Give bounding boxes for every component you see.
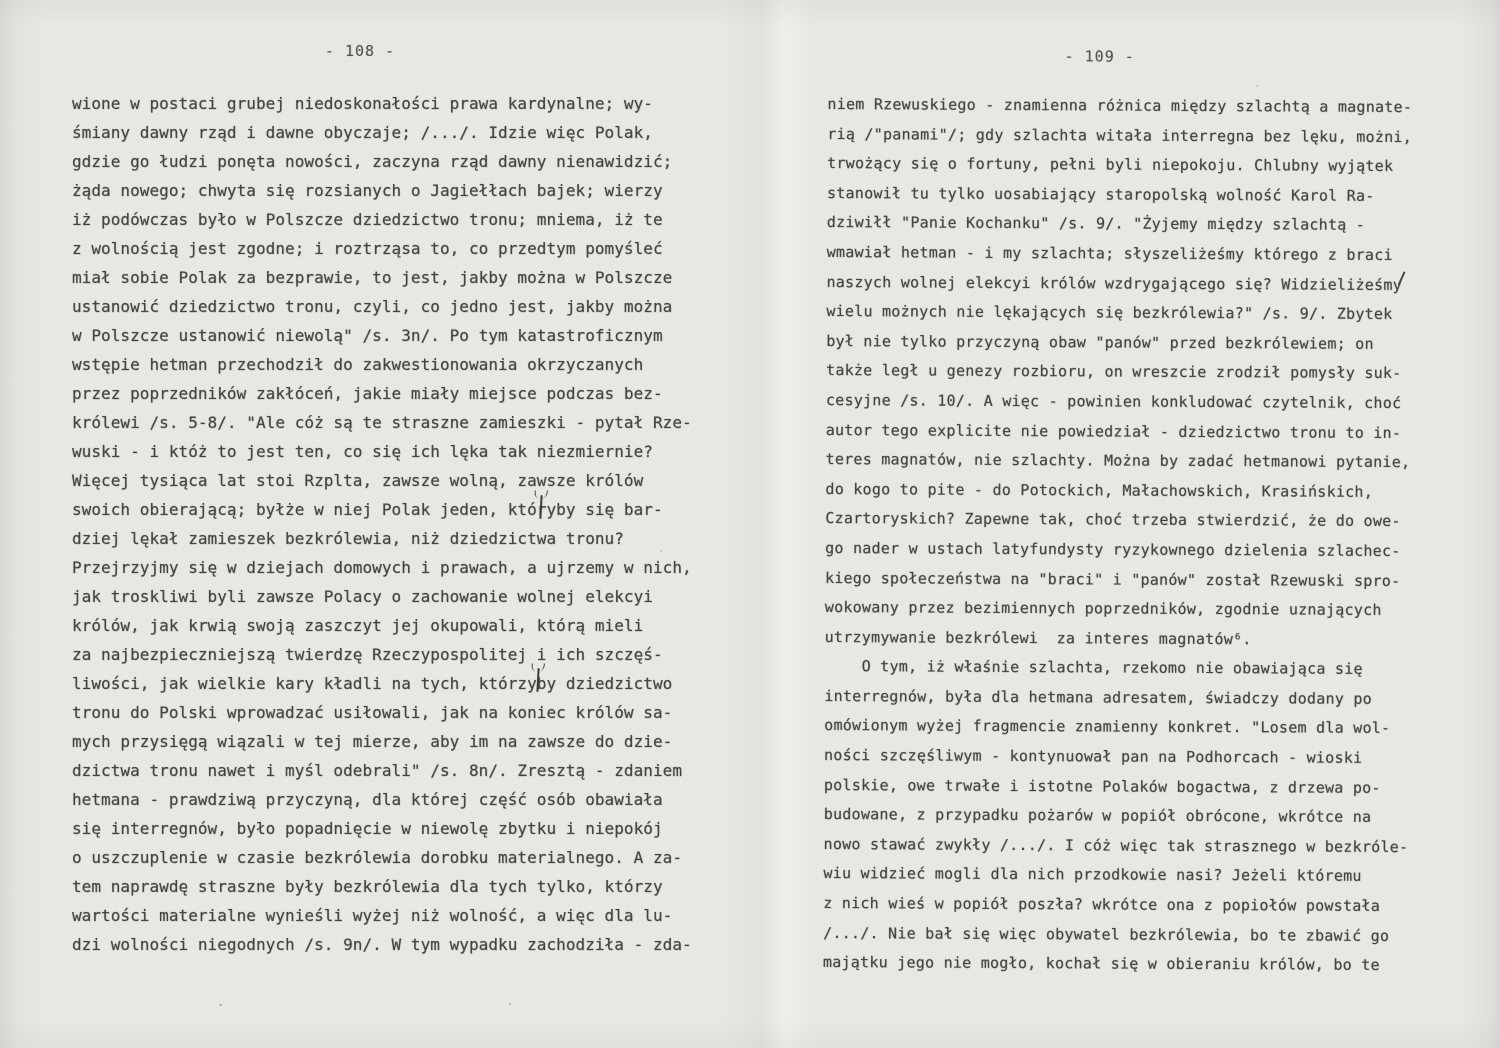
- text-line: omówionym wyżej fragmencie znamienny kon…: [824, 711, 1424, 744]
- text-line: polskie, owe trwałe i istotne Polaków bo…: [824, 771, 1424, 804]
- text-line: z nich wieś w popiół poszła? wkrótce ona…: [823, 889, 1423, 922]
- text-line: śmiany dawny rząd i dawne obyczaje; /...…: [72, 118, 692, 147]
- page-number-left: - 108 -: [50, 42, 670, 60]
- scanned-book-spread: { "colors": { "paper": "#e8e7e4", "ink":…: [0, 0, 1500, 1048]
- text-line: się interregnów, było popadnięcie w niew…: [72, 814, 692, 843]
- text-line: był nie tylko przyczyną obaw "panów" prz…: [826, 327, 1426, 360]
- text-line: kiego społeczeństwa na "braci" i "panów"…: [825, 563, 1425, 596]
- text-line: majątku jego nie mogło, kochał się w obi…: [823, 948, 1423, 981]
- text-line: trwożący się o fortuny, pełni byli niepo…: [827, 149, 1427, 182]
- text-line: cesyjne /s. 10/. A więc - powinien konkl…: [826, 386, 1426, 419]
- text-line: jak troskliwi byli zawsze Polacy o zacho…: [72, 582, 692, 611]
- text-line: królewi /s. 5-8/. "Ale cóż są te straszn…: [72, 408, 692, 437]
- dust-speck: [509, 1003, 511, 1005]
- text-line: budowane, z przypadku pożarów w popiół o…: [824, 800, 1424, 833]
- text-line: swoich obierającą; byłże w niej Polak je…: [72, 495, 692, 524]
- page-109: - 109 - niem Rzewuskiego - znamienna róż…: [823, 0, 1428, 981]
- text-line: także legł u genezy rozbioru, on wreszci…: [826, 356, 1426, 389]
- text-line: nowo stawać zwykły /.../. I cóż więc tak…: [824, 830, 1424, 863]
- page-108: - 108 - wione w postaci grubej niedoskon…: [72, 0, 692, 959]
- text-line: /.../. Nie bał się więc obywatel bezkról…: [823, 919, 1423, 952]
- text-line: interregnów, była dla hetmana adresatem,…: [824, 682, 1424, 715]
- text-line: ności szczęśliwym - kontynuował pan na P…: [824, 741, 1424, 774]
- text-line: tronu do Polski wprowadzać usiłowali, ja…: [72, 698, 692, 727]
- text-line: żąda nowego; chwyta się rozsianych o Jag…: [72, 176, 692, 205]
- text-line: dzi wolności niegodnych /s. 9n/. W tym w…: [72, 930, 692, 959]
- text-line: wuski - i któż to jest ten, co się ich l…: [72, 437, 692, 466]
- text-line: naszych wolnej elekcyi królów wzdrygając…: [826, 268, 1426, 301]
- text-line: liwości, jak wielkie kary kładli na tych…: [72, 669, 692, 698]
- text-line: go nader w ustach latyfundysty ryzykowne…: [825, 534, 1425, 567]
- text-line: wokowany przez bezimiennych poprzedników…: [825, 593, 1425, 626]
- page-109-text-block: niem Rzewuskiego - znamienna różnica mię…: [823, 90, 1428, 981]
- text-line: wmawiał hetman - i my szlachta; słyszeli…: [827, 238, 1427, 271]
- page-108-text-block: wione w postaci grubej niedoskonałości p…: [72, 89, 692, 959]
- text-line: w Polszcze ustanowić niewolą" /s. 3n/. P…: [72, 321, 692, 350]
- text-line: za najbezpieczniejszą twierdzę Rzeczypos…: [72, 640, 692, 669]
- text-line: dzictwa tronu nawet i myśl odebrali" /s.…: [72, 756, 692, 785]
- text-line: mych przysięgą wiązali w tej mierze, aby…: [72, 727, 692, 756]
- text-line: do kogo to pite - do Potockich, Małachow…: [825, 475, 1425, 508]
- text-line: dziej lękał zamieszek bezkrólewia, niż d…: [72, 524, 692, 553]
- text-line: wione w postaci grubej niedoskonałości p…: [72, 89, 692, 118]
- text-line: teres magnatów, nie szlachty. Można by z…: [826, 445, 1426, 478]
- text-line: utrzymywanie bezkrólewi za interes magna…: [825, 623, 1425, 656]
- text-line: ustanowić dziedzictwo tronu, czyli, co j…: [72, 292, 692, 321]
- text-line: Czartoryskich? Zapewne tak, choć trzeba …: [825, 504, 1425, 537]
- page-number-right: - 109 -: [800, 46, 1400, 67]
- text-line: tem naprawdę straszne były bezkrólewia d…: [72, 872, 692, 901]
- text-line: wiu widzieć mogli dla nich przodkowie na…: [823, 859, 1423, 892]
- text-line: gdzie go łudzi ponęta nowości, zaczyna r…: [72, 147, 692, 176]
- text-line: wstępie hetman przechodził do zakwestion…: [72, 350, 692, 379]
- text-line: królów, jak krwią swoją zaszczyt jej oku…: [72, 611, 692, 640]
- text-line: z wolnością jest zgodne; i roztrząsa to,…: [72, 234, 692, 263]
- text-line: niem Rzewuskiego - znamienna różnica mię…: [827, 90, 1427, 123]
- text-line: wartości materialne wynieśli wyżej niż w…: [72, 901, 692, 930]
- text-line: iż podówczas było w Polszcze dziedzictwo…: [72, 205, 692, 234]
- text-line: wielu możnych nie lękających się bezkról…: [826, 297, 1426, 330]
- text-line: O tym, iż właśnie szlachta, rzekomo nie …: [824, 652, 1424, 685]
- text-line: hetmana - prawdziwą przyczyną, dla które…: [72, 785, 692, 814]
- text-line: Więcej tysiąca lat stoi Rzplta, zawsze w…: [72, 466, 692, 495]
- text-line: miał sobie Polak za bezprawie, to jest, …: [72, 263, 692, 292]
- text-line: o uszczuplenie w czasie bezkrólewia doro…: [72, 843, 692, 872]
- text-line: autor tego explicite nie powiedział - dz…: [826, 416, 1426, 449]
- text-line: stanowił tu tylko uosabiający staropolsk…: [827, 179, 1427, 212]
- text-line: dziwiłł "Panie Kochanku" /s. 9/. "Żyjemy…: [827, 208, 1427, 241]
- text-line: Przejrzyjmy się w dziejach domowych i pr…: [72, 553, 692, 582]
- text-line: przez poprzedników zakłóceń, jakie miały…: [72, 379, 692, 408]
- dust-speck: [219, 1004, 222, 1006]
- text-line: rią /"panami"/; gdy szlachta witała inte…: [827, 120, 1427, 153]
